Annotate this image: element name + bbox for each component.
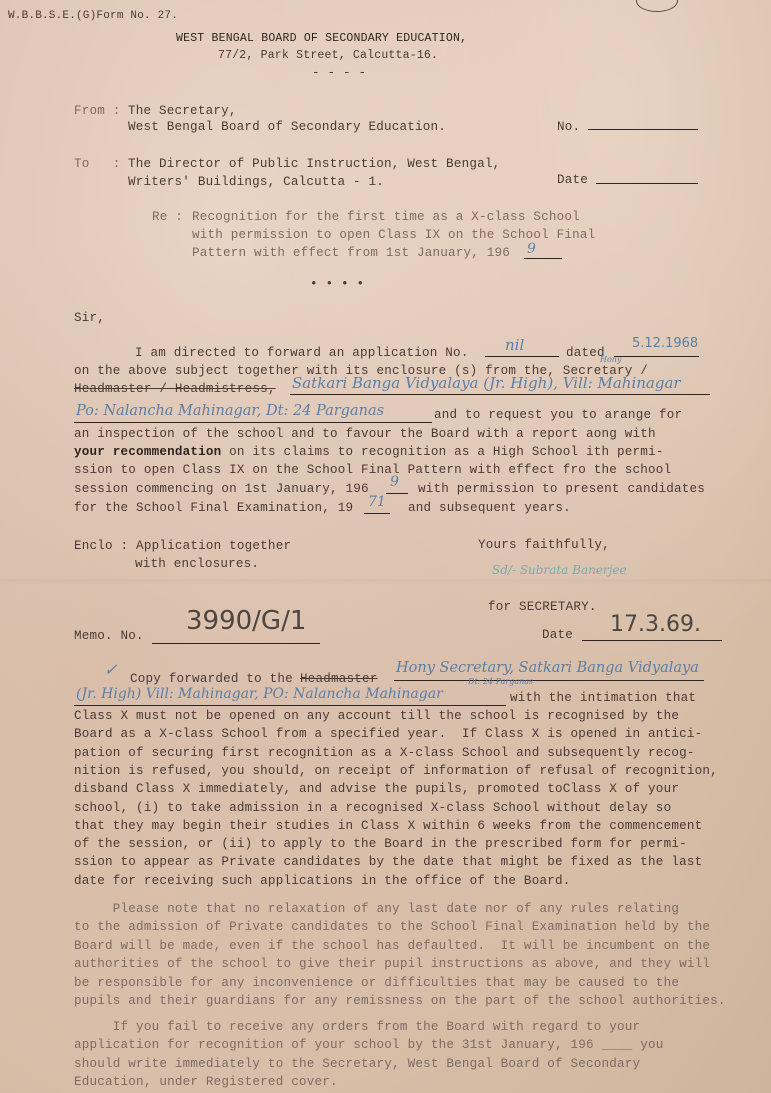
to-line2: Writers' Buildings, Calcutta - 1. — [128, 173, 384, 191]
addressee-field-1 — [394, 680, 704, 681]
date-field[interactable] — [596, 183, 698, 184]
to-line1: The Director of Public Instruction, West… — [128, 155, 500, 173]
body-line6-rest: on its claims to recognition as a High S… — [221, 445, 663, 459]
re-line3: Pattern with effect from 1st January, 19… — [192, 244, 510, 262]
memo-date-label: Date — [542, 626, 573, 644]
signature-handwritten: Sd/- Subrata Banerjee — [492, 563, 627, 577]
copy-line: school, (i) to take admission in a recog… — [74, 799, 671, 817]
re-year-field — [524, 258, 562, 259]
body-line8-b: with permission to present candidates — [418, 480, 705, 498]
no-field[interactable] — [588, 129, 698, 130]
memo-number-handwritten: 3990/G/1 — [186, 606, 306, 636]
letterhead-separator: - - - - — [312, 64, 366, 82]
body-line8-a: session commencing on 1st January, 196 — [74, 480, 369, 498]
note-line: pupils and their guardians for any remis… — [74, 992, 726, 1010]
body-line9-a: for the School Final Examination, 19 — [74, 499, 353, 517]
for-secretary: for SECRETARY. — [488, 598, 597, 616]
salutation: Sir, — [74, 309, 105, 327]
memo-date-handwritten: 17.3.69. — [610, 612, 701, 637]
form-id: W.B.B.S.E.(G)Form No. 27. — [8, 7, 178, 25]
letterhead-org: WEST BENGAL BOARD OF SECONDARY EDUCATION… — [176, 30, 467, 48]
app-no-field — [485, 356, 559, 357]
body-line1-b: dated — [566, 344, 605, 362]
addressee-handwritten-2: (Jr. High) Vill: Mahinagar, PO: Nalancha… — [76, 686, 443, 702]
from-label: From : — [74, 102, 121, 120]
memo-label: Memo. No. — [74, 627, 144, 645]
note-line: to the admission of Private candidates t… — [74, 918, 710, 936]
exam-year-field — [364, 513, 390, 514]
note-line: Please note that no relaxation of any la… — [74, 900, 679, 918]
to-label: To : — [74, 155, 121, 173]
note-line: be responsible for any inconvenience or … — [74, 974, 679, 992]
exam-year-handwritten: 71 — [368, 494, 386, 510]
copy-line: disband Class X immediately, and advise … — [74, 780, 679, 798]
school-field-2 — [74, 422, 432, 423]
addressee-handwritten-dt: Dt: 24 Parganas — [468, 677, 533, 686]
addressee-field-2 — [74, 705, 506, 706]
recommendation-bold: your recommendation — [74, 445, 221, 459]
copy-line: that they may begin their studies in Cla… — [74, 817, 702, 835]
no-label: No. — [557, 118, 580, 136]
app-no-handwritten: nil — [505, 336, 524, 354]
app-date-field — [614, 356, 699, 357]
section-dots: • • • • — [310, 275, 364, 293]
body-line9-b: and subsequent years. — [408, 499, 571, 517]
school-handwritten-2: Po: Nalancha Mahinagar, Dt: 24 Parganas — [76, 403, 384, 419]
copy-line: Class X must not be opened on any accoun… — [74, 707, 679, 725]
final-line: If you fail to receive any orders from t… — [74, 1018, 640, 1036]
re-year-handwritten: 9 — [527, 241, 536, 257]
copy-line2-b: with the intimation that — [510, 689, 696, 707]
addressee-handwritten-1: Hony Secretary, Satkari Banga Vidyalaya — [396, 660, 699, 676]
memo-date-field — [582, 640, 722, 641]
final-line: should write immediately to the Secretar… — [74, 1055, 640, 1073]
body-line1-a: I am directed to forward an application … — [135, 344, 469, 362]
re-line1: Recognition for the first time as a X-cl… — [192, 208, 580, 226]
body-line4-b: and to request you to arange for — [434, 406, 682, 424]
ink-circle-mark — [636, 0, 678, 12]
school-field-1 — [290, 394, 710, 395]
memo-number-field — [152, 643, 320, 644]
final-line: application for recognition of your scho… — [74, 1036, 664, 1054]
enclosure-line2: with enclosures. — [135, 555, 259, 573]
app-date-handwritten: 5.12.1968 — [632, 336, 698, 351]
body-line6: your recommendation on its claims to rec… — [74, 443, 664, 461]
copy-line: of the session, or (ii) to apply to the … — [74, 835, 687, 853]
copy-line: date for receiving such applications in … — [74, 872, 570, 890]
copy-line: ssion to appear as Private candidates by… — [74, 853, 702, 871]
session-year-handwritten: 9 — [390, 474, 399, 490]
session-year-field — [386, 493, 408, 494]
copy-line: pation of securing first recognition as … — [74, 744, 695, 762]
closing-yours: Yours faithfully, — [478, 536, 610, 554]
enclosure-label: Enclo : Application together — [74, 537, 291, 555]
body-line5: an inspection of the school and to favou… — [74, 425, 656, 443]
date-label: Date — [557, 171, 588, 189]
final-line: Education, under Registered cover. — [74, 1073, 338, 1091]
note-line: authorities of the school to give their … — [74, 955, 710, 973]
body-line3-struck: Headmaster / Headmistress, — [74, 380, 276, 398]
copy-line: nition is refused, you should, on receip… — [74, 762, 718, 780]
body-line7: ssion to open Class IX on the School Fin… — [74, 461, 671, 479]
letterhead-address: 77/2, Park Street, Calcutta-16. — [218, 47, 438, 65]
from-line2: West Bengal Board of Secondary Education… — [128, 118, 446, 136]
school-handwritten-1: Satkari Banga Vidyalaya (Jr. High), Vill… — [292, 374, 681, 392]
check-mark-icon: ✓ — [104, 660, 117, 679]
re-label: Re : — [152, 208, 183, 226]
hony-handwritten: Hony — [600, 355, 621, 364]
copy-line: Board as a X-class School from a specifi… — [74, 725, 702, 743]
note-line: Board will be made, even if the school h… — [74, 937, 710, 955]
